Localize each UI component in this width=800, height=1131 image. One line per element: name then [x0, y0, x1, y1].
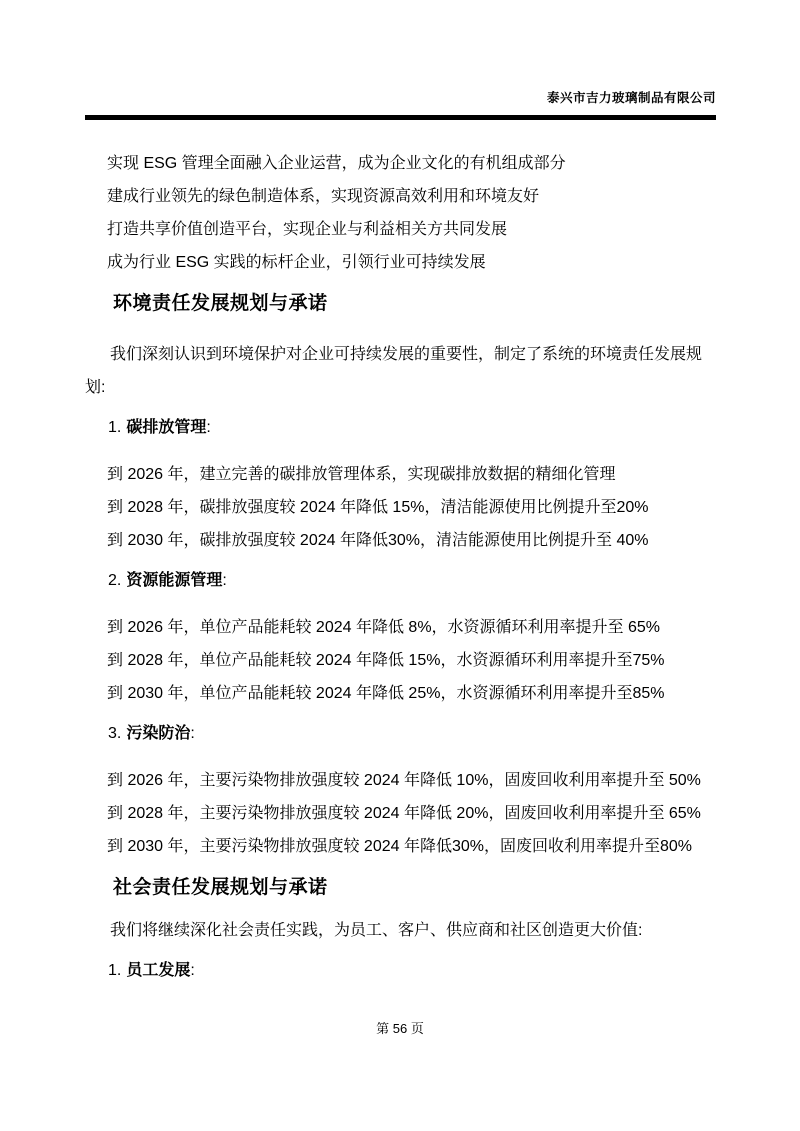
target-line: 到 2028 年，碳排放强度较 2024 年降低 15%，清洁能源使用比例提升至…: [85, 491, 715, 524]
document-page: 泰兴市吉力玻璃制品有限公司 实现 ESG 管理全面融入企业运营，成为企业文化的有…: [0, 0, 800, 1131]
page-number: 第 56 页: [376, 1021, 424, 1036]
target-list-pollution: 到 2026 年，主要污染物排放强度较 2024 年降低 10%，固废回收利用率…: [85, 764, 715, 863]
commitment-line: 成为行业 ESG 实践的标杆企业，引领行业可持续发展: [85, 246, 715, 279]
target-line: 到 2026 年，单位产品能耗较 2024 年降低 8%，水资源循环利用率提升至…: [85, 611, 715, 644]
subsection-colon: :: [206, 419, 210, 436]
subsection-colon: :: [190, 962, 194, 979]
section-heading-social: 社会责任发展规划与承诺: [85, 874, 715, 902]
subsection-colon: :: [190, 725, 194, 742]
commitment-line: 实现 ESG 管理全面融入企业运营，成为企业文化的有机组成部分: [85, 147, 715, 180]
section-intro-environment: 我们深刻认识到环境保护对企业可持续发展的重要性，制定了系统的环境责任发展规划:: [85, 338, 715, 404]
subsection-number: 3.: [108, 725, 121, 742]
target-line: 到 2026 年，建立完善的碳排放管理体系，实现碳排放数据的精细化管理: [85, 458, 715, 491]
commitment-line: 打造共享价值创造平台，实现企业与利益相关方共同发展: [85, 213, 715, 246]
page-header: 泰兴市吉力玻璃制品有限公司: [0, 88, 800, 120]
target-list-resource: 到 2026 年，单位产品能耗较 2024 年降低 8%，水资源循环利用率提升至…: [85, 611, 715, 710]
commitment-block: 实现 ESG 管理全面融入企业运营，成为企业文化的有机组成部分 建成行业领先的绿…: [85, 147, 715, 279]
target-line: 到 2028 年，单位产品能耗较 2024 年降低 15%，水资源循环利用率提升…: [85, 644, 715, 677]
subsection-label-pollution: 3.污染防治:: [85, 717, 715, 750]
subsection-label-employee: 1.员工发展:: [85, 954, 715, 987]
subsection-number: 2.: [108, 572, 121, 589]
section-social: 社会责任发展规划与承诺 我们将继续深化社会责任实践，为员工、客户、供应商和社区创…: [85, 874, 715, 987]
target-list-carbon: 到 2026 年，建立完善的碳排放管理体系，实现碳排放数据的精细化管理 到 20…: [85, 458, 715, 557]
target-line: 到 2030 年，碳排放强度较 2024 年降低30%，清洁能源使用比例提升至 …: [85, 524, 715, 557]
section-intro-social: 我们将继续深化社会责任实践，为员工、客户、供应商和社区创造更大价值:: [85, 914, 715, 947]
subsection-number: 1.: [108, 962, 121, 979]
section-environment: 环境责任发展规划与承诺 我们深刻认识到环境保护对企业可持续发展的重要性，制定了系…: [85, 290, 715, 863]
header-rule: [85, 115, 716, 120]
commitment-line: 建成行业领先的绿色制造体系，实现资源高效利用和环境友好: [85, 180, 715, 213]
target-line: 到 2030 年，主要污染物排放强度较 2024 年降低30%，固废回收利用率提…: [85, 830, 715, 863]
target-line: 到 2026 年，主要污染物排放强度较 2024 年降低 10%，固废回收利用率…: [85, 764, 715, 797]
company-name: 泰兴市吉力玻璃制品有限公司: [85, 88, 716, 108]
section-heading-environment: 环境责任发展规划与承诺: [85, 290, 715, 318]
page-footer: 第 56 页: [0, 1020, 800, 1038]
subsection-title: 资源能源管理: [126, 572, 222, 589]
subsection-label-carbon: 1.碳排放管理:: [85, 411, 715, 444]
subsection-title: 员工发展: [126, 962, 190, 979]
subsection-title: 污染防治: [126, 725, 190, 742]
target-line: 到 2028 年，主要污染物排放强度较 2024 年降低 20%，固废回收利用率…: [85, 797, 715, 830]
subsection-title: 碳排放管理: [126, 419, 206, 436]
page-content: 实现 ESG 管理全面融入企业运营，成为企业文化的有机组成部分 建成行业领先的绿…: [85, 147, 715, 987]
subsection-label-resource: 2.资源能源管理:: [85, 564, 715, 597]
subsection-colon: :: [222, 572, 226, 589]
subsection-number: 1.: [108, 419, 121, 436]
target-line: 到 2030 年，单位产品能耗较 2024 年降低 25%，水资源循环利用率提升…: [85, 677, 715, 710]
